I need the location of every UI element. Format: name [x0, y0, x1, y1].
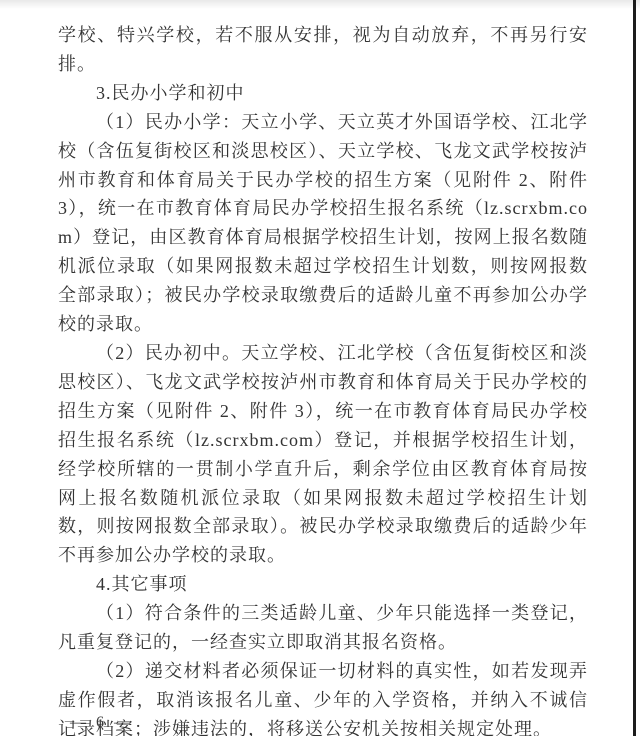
paragraph-private-primary-schools: （1）民办小学：天立小学、天立英才外国语学校、江北学校（含伍复街校区和淡思校区）…	[58, 108, 588, 339]
page-number: — 6 —	[70, 714, 133, 732]
paragraph-other-matters-2: （2）递交材料者必须保证一切材料的真实性，如若发现弄虚作假者，取消该报名儿童、少…	[58, 657, 588, 736]
scan-top-shade	[0, 0, 640, 9]
scanned-document-page: 学校、特兴学校，若不服从安排，视为自动放弃，不再另行安排。 3.民办小学和初中 …	[0, 0, 640, 736]
document-body: 学校、特兴学校，若不服从安排，视为自动放弃，不再另行安排。 3.民办小学和初中 …	[58, 21, 588, 736]
section-heading-other-matters: 4.其它事项	[58, 570, 588, 599]
paragraph-private-junior-schools: （2）民办初中。天立学校、江北学校（含伍复街校区和淡思校区）、飞龙文武学校按泸州…	[58, 339, 588, 570]
paragraph-continuation: 学校、特兴学校，若不服从安排，视为自动放弃，不再另行安排。	[58, 21, 588, 79]
paragraph-other-matters-1: （1）符合条件的三类适龄儿童、少年只能选择一类登记，凡重复登记的，一经查实立即取…	[58, 599, 588, 657]
section-heading-private-primary-junior: 3.民办小学和初中	[58, 79, 588, 108]
page-edge-line	[633, 0, 636, 736]
